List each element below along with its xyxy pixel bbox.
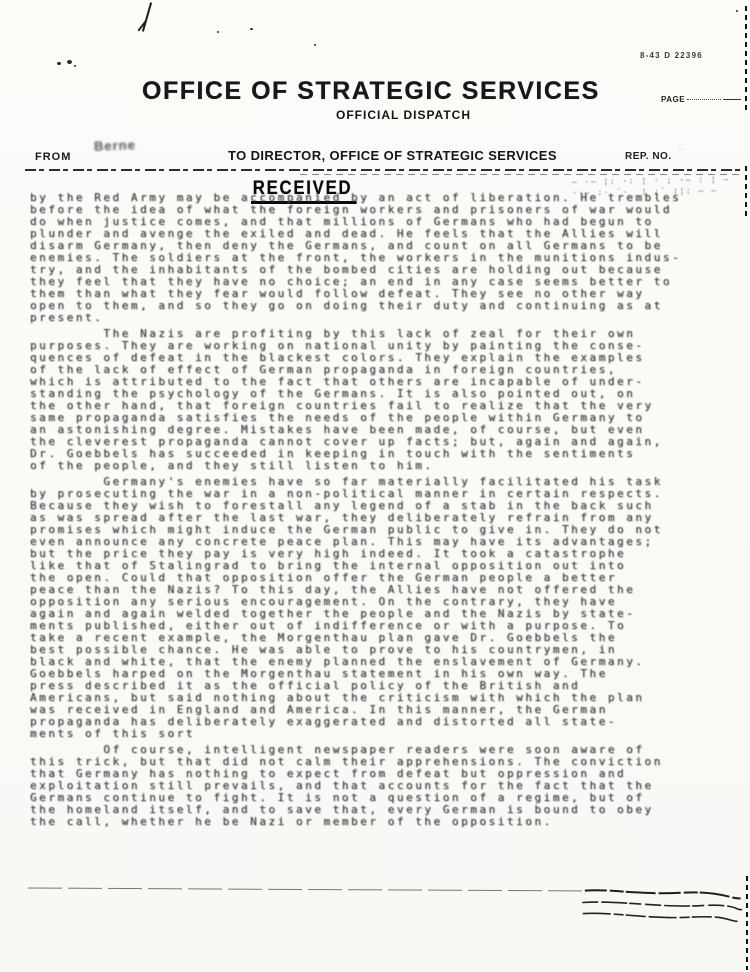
ink-speck — [736, 10, 738, 12]
scribble-strokes — [579, 878, 746, 937]
page-number-label: PAGE — [661, 95, 741, 104]
signature-scribble — [579, 878, 746, 942]
ink-speck — [57, 62, 61, 65]
page-number-blank-line — [687, 99, 721, 100]
page-title: OFFICE OF STRATEGIC SERVICES — [142, 77, 600, 106]
page-label-text: PAGE — [661, 95, 685, 104]
dashed-divider-rule — [25, 169, 745, 171]
body-paragraph: The Nazis are profiting by this lack of … — [30, 328, 724, 472]
page-number-blank-line — [723, 99, 741, 100]
dispatch-scan-page: 8-43 D 22396 OFFICE OF STRATEGIC SERVICE… — [0, 0, 750, 972]
rep-no-faint-marks: ·· — [678, 145, 683, 154]
body-paragraph: Of course, intelligent newspaper readers… — [30, 744, 724, 828]
origin-station-stamp: Berne — [94, 137, 136, 153]
ink-speck — [314, 44, 316, 46]
dispatch-body: by the Red Army may be accompanied by an… — [30, 192, 724, 832]
document-reference: 8-43 D 22396 — [640, 51, 703, 60]
from-label: FROM — [35, 151, 71, 163]
to-director-label: TO DIRECTOR, OFFICE OF STRATEGIC SERVICE… — [228, 148, 557, 163]
body-paragraph: Germany's enemies have so far materially… — [30, 476, 724, 740]
ink-speck — [217, 31, 219, 33]
body-paragraph: by the Red Army may be accompanied by an… — [30, 192, 724, 324]
bottom-pencil-line — [28, 888, 590, 892]
rep-no-label: REP. NO. — [625, 151, 672, 162]
scan-edge-artifact — [746, 876, 748, 970]
ink-speck — [67, 60, 72, 64]
scan-edge-artifact — [745, 6, 747, 114]
dispatch-subtitle: OFFICIAL DISPATCH — [336, 108, 471, 122]
ink-speck — [250, 28, 253, 30]
scan-edge-artifact — [745, 166, 747, 218]
ink-speck — [74, 65, 76, 67]
ink-mark — [142, 2, 152, 31]
